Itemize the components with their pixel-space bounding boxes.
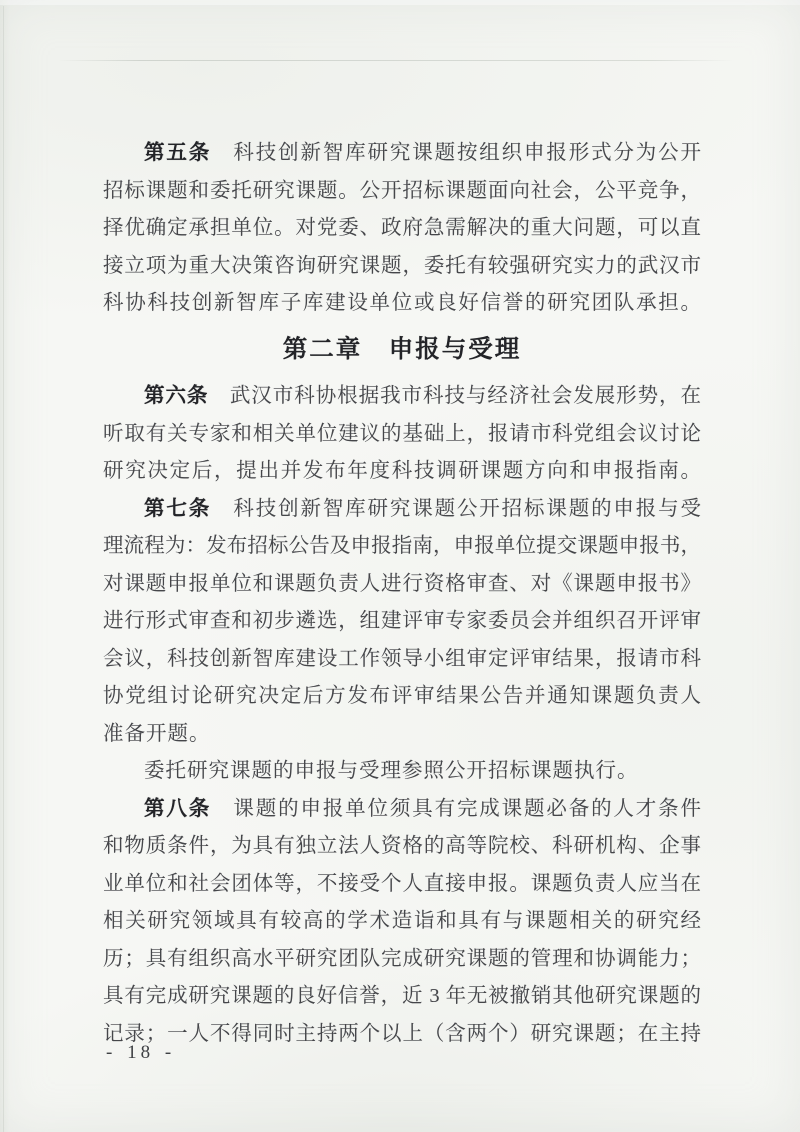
text-line: 对课题申报单位和课题负责人进行资格审查、对《课题申报书》 (103, 566, 701, 604)
article-number-label: 第五条 (144, 142, 211, 164)
text-line: 委托研究课题的申报与受理参照公开招标课题执行。 (103, 753, 701, 791)
text-line: 理流程为：发布招标公告及申报指南，申报单位提交课题申报书， (103, 528, 701, 566)
scanned-page: 第五条 科技创新智库研究课题按组织申报形式分为公开招标课题和委托研究课题。公开招… (0, 0, 800, 1132)
text-line: 历；具有组织高水平研究团队完成研究课题的管理和协调能力； (103, 941, 701, 979)
text-line: 接立项为重大决策咨询研究课题，委托有较强研究实力的武汉市 (103, 248, 701, 286)
scan-artifact-line (58, 60, 734, 61)
text-line: 准备开题。 (103, 716, 701, 754)
chapter-heading-text: 第二章 申报与受理 (103, 331, 701, 369)
text-line: 具有完成研究课题的良好信誉，近 3 年无被撤销其他研究课题的 (103, 978, 701, 1016)
scan-artifact-left-edge (3, 6, 4, 1132)
text-line: 研究决定后，提出并发布年度科技调研课题方向和申报指南。 (103, 453, 701, 491)
text-line: 招标课题和委托研究课题。公开招标课题面向社会，公平竞争， (103, 173, 701, 211)
text-line: 会议，科技创新智库建设工作领导小组审定评审结果，报请市科 (103, 641, 701, 679)
text-line: 进行形式审查和初步遴选，组建评审专家委员会并组织召开评审 (103, 603, 701, 641)
article-number-label: 第六条 (144, 385, 208, 407)
text-line: 科协科技创新智库子库建设单位或良好信誉的研究团队承担。 (103, 285, 701, 323)
article-number-label: 第七条 (144, 498, 211, 520)
text-line: 第七条 科技创新智库研究课题公开招标课题的申报与受 (103, 491, 701, 529)
text-line: 第五条 科技创新智库研究课题按组织申报形式分为公开 (103, 135, 701, 173)
text-line: 记录；一人不得同时主持两个以上（含两个）研究课题；在主持 (103, 1016, 701, 1054)
paragraph-article-5: 第五条 科技创新智库研究课题按组织申报形式分为公开招标课题和委托研究课题。公开招… (103, 135, 701, 323)
text-line: 相关研究领域具有较高的学术造诣和具有与课题相关的研究经 (103, 903, 701, 941)
text-line: 第六条 武汉市科协根据我市科技与经济社会发展形势，在 (103, 378, 701, 416)
text-line: 协党组讨论研究决定后方发布评审结果公告并通知课题负责人 (103, 678, 701, 716)
text-line: 和物质条件，为具有独立法人资格的高等院校、科研机构、企事 (103, 828, 701, 866)
text-line: 听取有关专家和相关单位建议的基础上，报请市科党组会议讨论 (103, 416, 701, 454)
document-body: 第五条 科技创新智库研究课题按组织申报形式分为公开招标课题和委托研究课题。公开招… (103, 135, 701, 1053)
page-number-label: - 18 - (106, 1039, 175, 1067)
text-line: 择优确定承担单位。对党委、政府急需解决的重大问题，可以直 (103, 210, 701, 248)
text-line: 第八条 课题的申报单位须具有完成课题必备的人才条件 (103, 791, 701, 829)
paragraph-article-7: 第七条 科技创新智库研究课题公开招标课题的申报与受理流程为：发布招标公告及申报指… (103, 491, 701, 754)
chapter-heading: 第二章 申报与受理 (103, 331, 701, 369)
paragraph-article-6: 第六条 武汉市科协根据我市科技与经济社会发展形势，在听取有关专家和相关单位建议的… (103, 378, 701, 491)
article-number-label: 第八条 (144, 798, 211, 820)
scan-artifact-top-edge (0, 0, 800, 5)
paragraph-article-8: 第八条 课题的申报单位须具有完成课题必备的人才条件和物质条件，为具有独立法人资格… (103, 791, 701, 1054)
paragraph-entrusted-topics-note: 委托研究课题的申报与受理参照公开招标课题执行。 (103, 753, 701, 791)
text-line: 业单位和社会团体等，不接受个人直接申报。课题负责人应当在 (103, 866, 701, 904)
